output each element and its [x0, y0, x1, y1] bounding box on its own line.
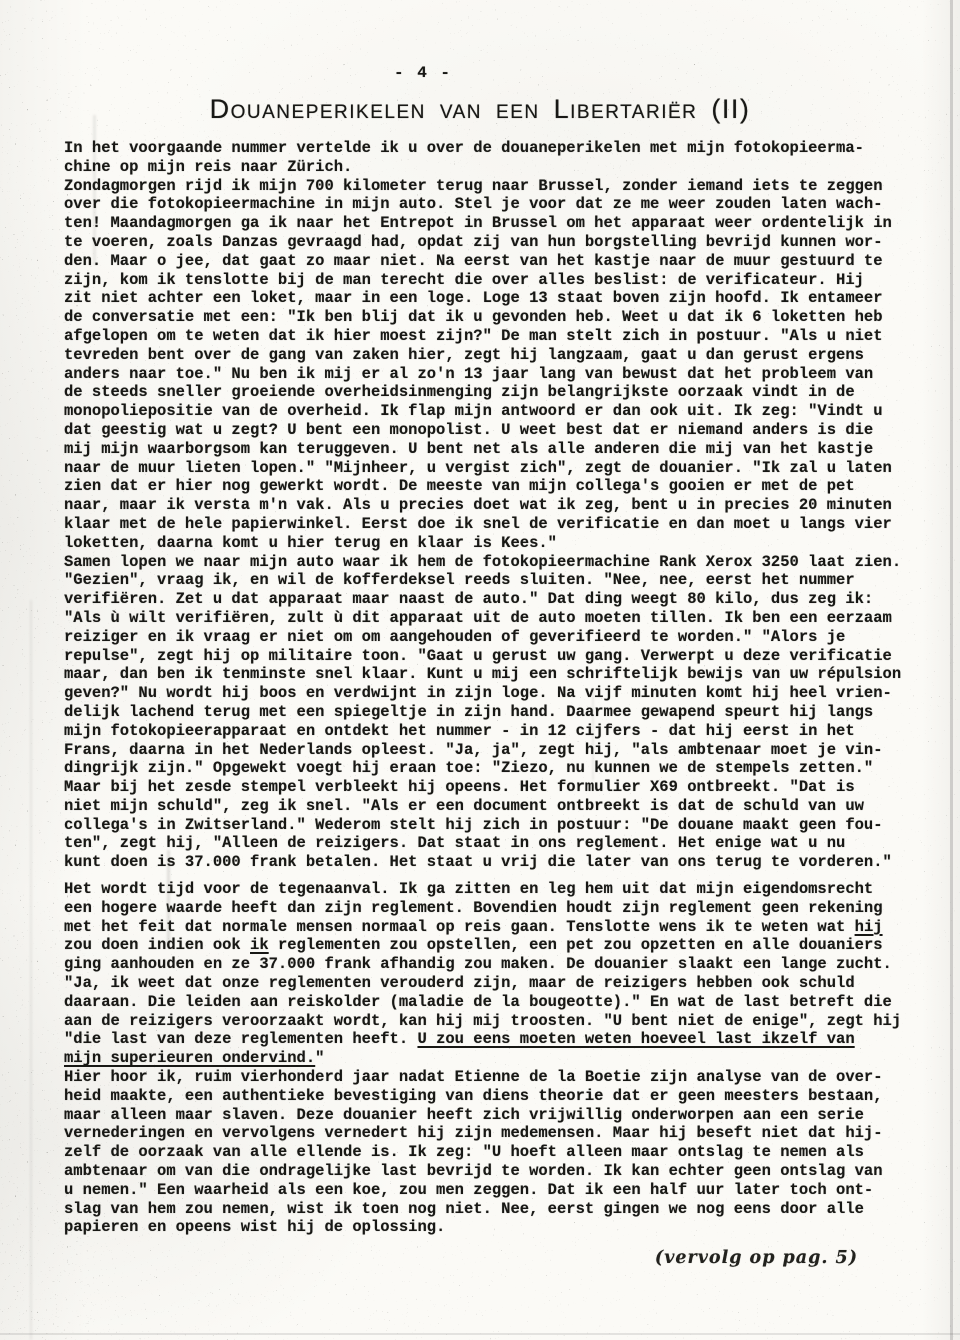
text-line: ten", zegt hij, "Alleen de reizigers. Da… [64, 834, 944, 853]
text-line: ging aanhouden en ze 37.000 frank afhand… [64, 955, 944, 974]
page-number: - 4 - [0, 64, 846, 82]
text-line: Maar bij het zesde stempel verbleekt hij… [64, 778, 944, 797]
text-line: papieren en opeens wist hij de oplossing… [64, 1218, 944, 1237]
text-line: een hogere waarde heeft dan zijn regleme… [64, 899, 944, 918]
text-line: den. Maar o jee, dat gaat zo maar niet. … [64, 252, 944, 271]
text-line: kunt doen is 37.000 frank betalen. Het s… [64, 853, 944, 872]
text-line: ambtenaar om van die ondragelijke last b… [64, 1162, 944, 1181]
text-line: anders naar toe." Nu ben ik mij er al zo… [64, 365, 944, 384]
text-line: tevreden bent over de gang van zaken hie… [64, 346, 944, 365]
scan-edge-line [0, 1333, 960, 1335]
text-line: mij mijn waarborgsom kan teruggeven. U b… [64, 440, 944, 459]
text-line: mijn superieuren ondervind." [64, 1049, 944, 1068]
text-line: zien dat er hier nog gewerkt wordt. De m… [64, 477, 944, 496]
text-line: ten! Maandagmorgen ga ik naar het Entrep… [64, 214, 944, 233]
text-line: mijn fotokopieerapparaat en ontdekt het … [64, 722, 944, 741]
text-line: naar, maar ik versta m'n vak. Als u prec… [64, 496, 944, 515]
text-line: over die fotokopieermachine in mijn auto… [64, 195, 944, 214]
text-line: "Als ù wilt verifiëren, zult ù dit appar… [64, 609, 944, 628]
text-line: met het feit dat normale mensen normaal … [64, 918, 944, 937]
text-line: geven?" Nu wordt hij boos en verdwijnt i… [64, 684, 944, 703]
text-line: "Ja, ik weet dat onze reglementen veroud… [64, 974, 944, 993]
text-line: verifiëren. Zet u dat apparaat maar naas… [64, 590, 944, 609]
text-line: klaar met de hele papierwinkel. Eerst do… [64, 515, 944, 534]
text-line: u nemen." Een waarheid als een koe, zou … [64, 1181, 944, 1200]
text-line: "die last van deze reglementen heeft. U … [64, 1030, 944, 1049]
text-line: maar alleen maar slaven. Deze douanier h… [64, 1106, 944, 1125]
text-line: Zondagmorgen rijd ik mijn 700 kilometer … [64, 177, 944, 196]
text-line: zou doen indien ook ik reglementen zou o… [64, 936, 944, 955]
text-line: delijk lachend terug met een spiegeltje … [64, 703, 944, 722]
text-line: "Gezien", vraag ik, en wil de kofferdeks… [64, 571, 944, 590]
scan-edge-line [950, 0, 953, 1340]
text-line: repulse", zegt hij op militaire toon. "G… [64, 647, 944, 666]
text-line: daaraan. Die leiden aan reiskolder (mala… [64, 993, 944, 1012]
text-line: te voeren, zoals Danzas gevraagd had, op… [64, 233, 944, 252]
text-line: aan de reizigers veroorzaakt wordt, kan … [64, 1012, 944, 1031]
text-line: de conversatie met een: "Ik ben blij dat… [64, 308, 944, 327]
body-text: In het voorgaande nummer vertelde ik u o… [64, 139, 944, 1237]
text-line: Het wordt tijd voor de tegenaanval. Ik g… [64, 880, 944, 899]
text-line: vernederingen en vervolgens vernedert hi… [64, 1124, 944, 1143]
text-line: reiziger en ik vraag er niet om om aange… [64, 628, 944, 647]
text-line: afgelopen om te weten dat ik hier moest … [64, 327, 944, 346]
text-line: chine op mijn reis naar Zürich. [64, 158, 944, 177]
text-line: zijn, kom ik tenslotte bij de man terech… [64, 271, 944, 290]
text-line: slag van hem zou nemen, wist ik toen nog… [64, 1200, 944, 1219]
text-line: zit niet achter een loket, maar in een l… [64, 289, 944, 308]
text-line: Hier hoor ik, ruim vierhonderd jaar nada… [64, 1068, 944, 1087]
scanned-page: - 4 - Douaneperikelen van een Libertarië… [0, 0, 960, 1340]
text-line: de steeds sneller groeiende overheidsinm… [64, 383, 944, 402]
text-line: heid maakte, een authentieke bevestiging… [64, 1087, 944, 1106]
text-line: niet mijn schuld", zeg ik snel. "Als er … [64, 797, 944, 816]
text-line: zelf de oorzaak van alle ellende is. Ik … [64, 1143, 944, 1162]
text-line: dat geestig wat u zegt? U bent een monop… [64, 421, 944, 440]
continuation-note: (vervolg op pag. 5) [0, 1248, 858, 1268]
text-line: In het voorgaande nummer vertelde ik u o… [64, 139, 944, 158]
doc-title: Douaneperikelen van een Libertariër (II) [0, 94, 960, 125]
text-line: Frans, daarna in het Nederlands opleest.… [64, 741, 944, 760]
text-line: monopoliepositie van de overheid. Ik fla… [64, 402, 944, 421]
text-line: collega's in Zwitserland." Wederom stelt… [64, 816, 944, 835]
text-line: loketten, daarna komt u hier terug en kl… [64, 534, 944, 553]
text-line: maar, dan ben ik tenminste snel klaar. K… [64, 665, 944, 684]
text-line: Samen lopen we naar mijn auto waar ik he… [64, 553, 944, 572]
text-line: dingrijk zijn." Opgewekt voegt hij eraan… [64, 759, 944, 778]
text-line: naar de muur lieten lopen." "Mijnheer, u… [64, 459, 944, 478]
scan-streak [30, 600, 32, 1340]
